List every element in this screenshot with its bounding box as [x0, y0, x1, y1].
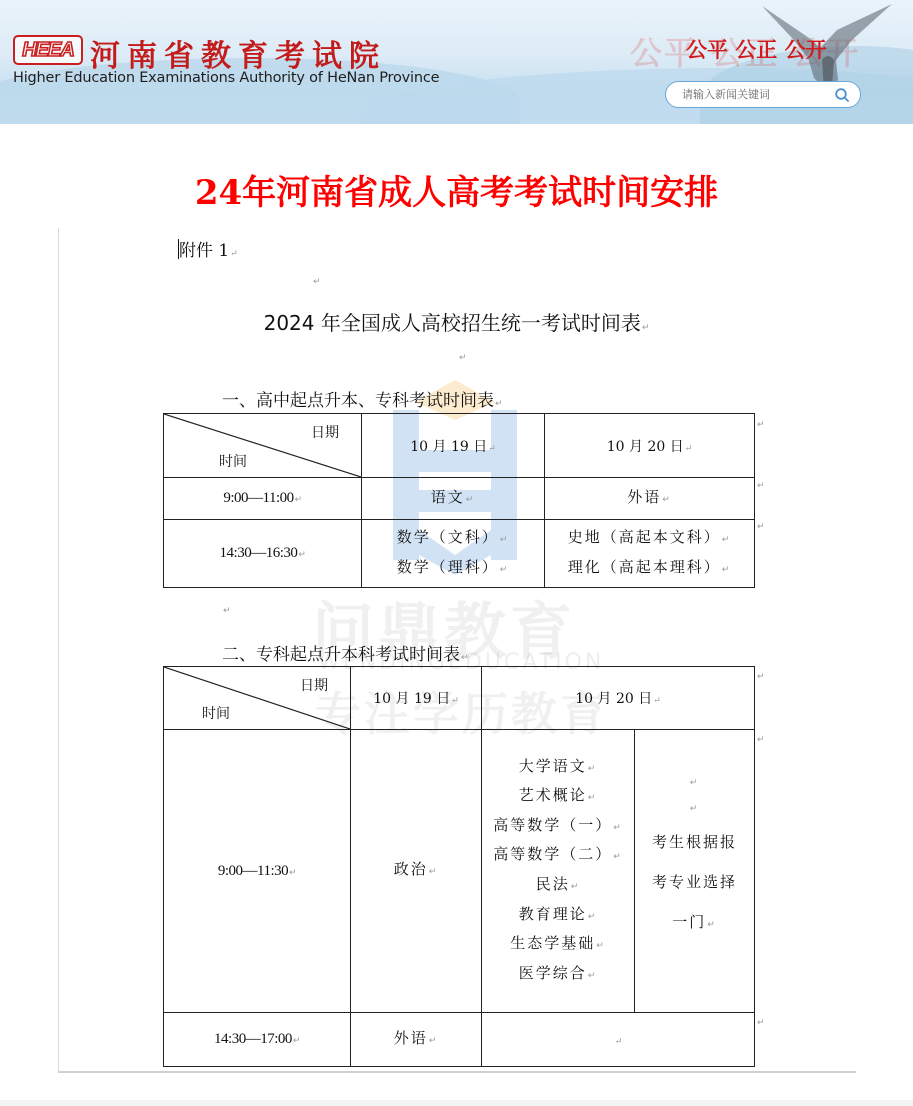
time-cell: 14:30—17:00↵ [164, 1013, 351, 1067]
table-row: 14:30—16:30↵ 数学（文科）↵ 数学（理科）↵ 史地（高起本文科）↵ … [164, 520, 755, 588]
date-header-cell: 10 月 19 日↵ [351, 667, 482, 730]
corner-header-cell: 日期 时间 [164, 414, 362, 478]
time-axis-label: 时间 [202, 703, 230, 723]
document-title: 2024 年全国成人高校招生统一考试时间表↵ [0, 307, 913, 336]
table-header-row: 日期 时间 10 月 19 日↵ 10 月 20 日↵ [164, 414, 755, 478]
subject-item: 高等数学（一）↵ [482, 812, 634, 842]
page-footer-band [0, 1100, 913, 1106]
time-cell: 14:30—16:30↵ [164, 520, 362, 588]
table-row: 9:00—11:30↵ 政治↵ 大学语文↵ 艺术概论↵ 高等数学（一）↵ 高等数… [164, 730, 755, 1013]
subject-item: 医学综合↵ [482, 960, 634, 990]
subject-cell: 外语↵ [351, 1013, 482, 1067]
row-end-mark: ↵ [757, 481, 765, 491]
site-header: HEEA 河南省教育考试院 Higher Education Examinati… [0, 0, 913, 124]
schedule-table-2: 日期 时间 10 月 19 日↵ 10 月 20 日↵ 9:00—11:30↵ … [163, 666, 755, 1067]
subject-list-cell: 大学语文↵ 艺术概论↵ 高等数学（一）↵ 高等数学（二）↵ 民法↵ 教育理论↵ … [482, 730, 635, 1013]
date-header-cell: 10 月 20 日↵ [545, 414, 755, 478]
paragraph-mark: ↵ [223, 606, 231, 616]
date-header-cell: 10 月 19 日↵ [362, 414, 545, 478]
subject-cell: 语文↵ [362, 478, 545, 520]
time-cell: 9:00—11:30↵ [164, 730, 351, 1013]
subject-item: 民法↵ [482, 871, 634, 901]
paragraph-mark: ↵ [459, 353, 467, 363]
subject-item: 高等数学（二）↵ [482, 841, 634, 871]
row-end-mark: ↵ [757, 672, 765, 682]
date-axis-label: 日期 [311, 422, 339, 442]
subject-cell: 史地（高起本文科）↵ 理化（高起本理科）↵ [545, 520, 755, 588]
table-header-row: 日期 时间 10 月 19 日↵ 10 月 20 日↵ [164, 667, 755, 730]
row-end-mark: ↵ [757, 735, 765, 745]
note-cell: ↵ ↵ 考生根据报 考专业选择 一门↵ [635, 730, 755, 1013]
org-name-cn: 河南省教育考试院 [90, 31, 386, 75]
article-title: 24年河南省成人高考考试时间安排 [0, 165, 913, 214]
time-axis-label: 时间 [219, 451, 247, 471]
subject-cell: 外语↵ [545, 478, 755, 520]
subject-item: 教育理论↵ [482, 901, 634, 931]
slogan-text: 公平 公正 公开 [686, 34, 827, 64]
subject-cell: 数学（文科）↵ 数学（理科）↵ [362, 520, 545, 588]
corner-header-cell: 日期 时间 [164, 667, 351, 730]
time-cell: 9:00—11:00↵ [164, 478, 362, 520]
paragraph-mark: ↵ [313, 277, 321, 287]
row-end-mark: ↵ [757, 420, 765, 430]
search-input[interactable] [682, 88, 834, 101]
search-icon[interactable] [834, 87, 850, 103]
date-axis-label: 日期 [300, 675, 328, 695]
table-row: 9:00—11:00↵ 语文↵ 外语↵ [164, 478, 755, 520]
subject-item: 艺术概论↵ [482, 782, 634, 812]
table-row: 14:30—17:00↵ 外语↵ ↵ [164, 1013, 755, 1067]
subject-item: 大学语文↵ [482, 753, 634, 783]
section-heading-1: 一、高中起点升本、专科考试时间表↵ [222, 386, 503, 411]
subject-cell: 政治↵ [351, 730, 482, 1013]
org-name-en: Higher Education Examinations Authority … [13, 70, 439, 86]
row-end-mark: ↵ [757, 522, 765, 532]
schedule-table-1: 日期 时间 10 月 19 日↵ 10 月 20 日↵ 9:00—11:00↵ … [163, 413, 755, 588]
attachment-label: 附件 1↵ [178, 236, 238, 261]
subject-item: 生态学基础↵ [482, 930, 634, 960]
row-end-mark: ↵ [757, 1018, 765, 1028]
site-logo[interactable]: HEEA [13, 35, 83, 65]
date-header-cell: 10 月 20 日↵ [482, 667, 755, 730]
empty-cell: ↵ [482, 1013, 755, 1067]
search-box[interactable] [665, 81, 861, 108]
section-heading-2: 二、专科起点升本科考试时间表↵ [222, 640, 469, 665]
